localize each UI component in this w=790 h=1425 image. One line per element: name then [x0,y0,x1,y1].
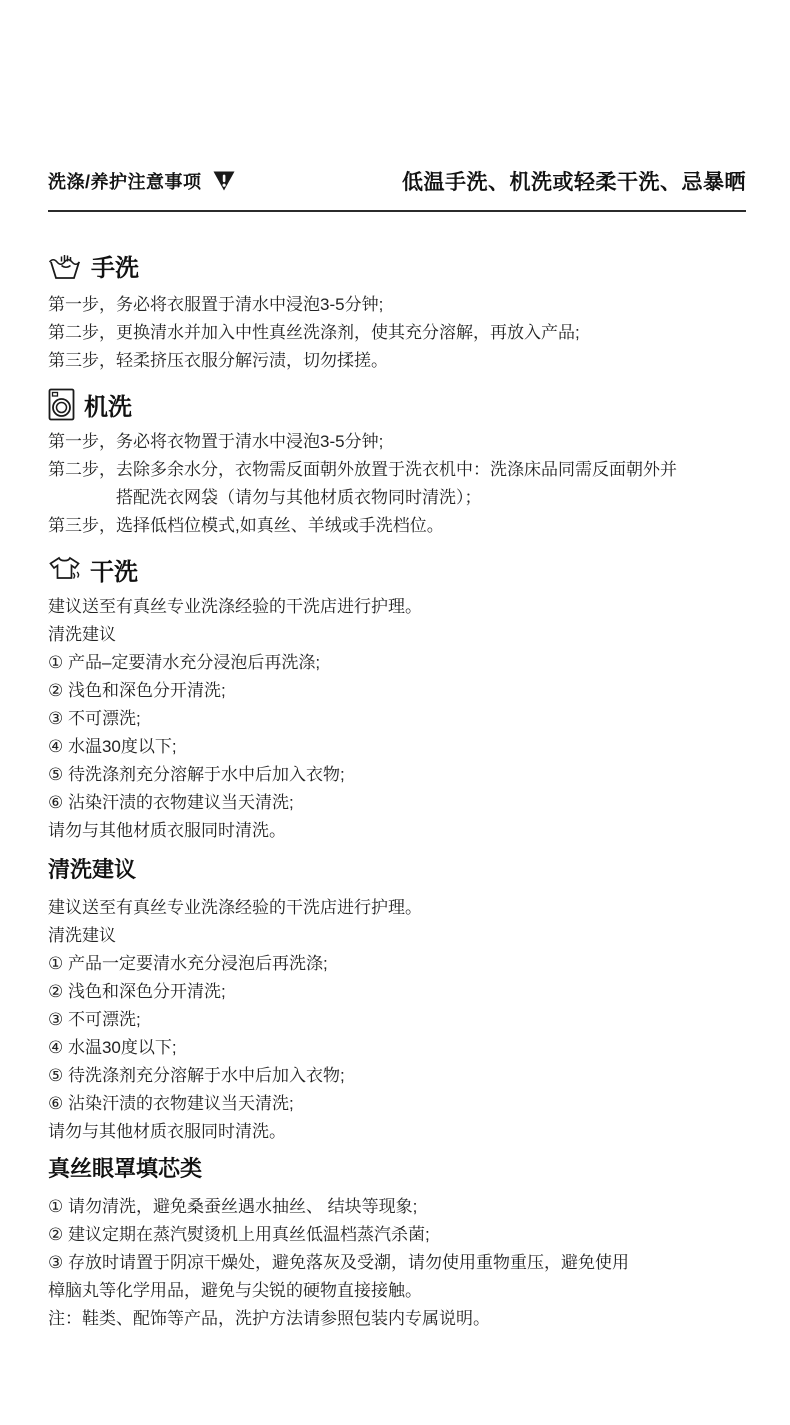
hand-wash-icon [48,251,82,280]
dry-clean-item: ② 浅色和深色分开清洗; [48,677,746,705]
section-title: 手洗 [91,248,139,283]
machine-wash-step-1: 第一步， 务必将衣物置于清水中浸泡3-5分钟; [48,428,746,456]
dry-clean-subtitle: 清洗建议 [48,621,746,649]
warning-triangle-icon [212,170,236,192]
section-machine-wash: 机洗 第一步， 务必将衣物置于清水中浸泡3-5分钟; 第二步， 去除多余水分，衣… [48,387,746,540]
machine-wash-step-2: 第二步， 去除多余水分，衣物需反面朝外放置于洗衣机中：洗涤床品同需反面朝外并 搭… [48,456,746,512]
content-area: 洗涤/养护注意事项 低温手洗、机洗或轻柔干洗、忌暴晒 [48,166,746,1333]
washing-machine-icon [48,388,75,421]
dry-clean-item: ⑥ 沾染汗渍的衣物建议当天清洗; [48,789,746,817]
wash-advice-heading: 清洗建议 [48,853,746,884]
dry-clean-heading: 干洗 [48,552,746,587]
section-silk-eyemask: 真丝眼罩填芯类 ① 请勿清洗，避免桑蚕丝遇水抽丝、 结块等现象; ② 建议定期在… [48,1152,746,1333]
silk-eyemask-item: ② 建议定期在蒸汽熨烫机上用真丝低温档蒸汽杀菌; [48,1221,746,1249]
dry-clean-intro: 建议送至有真丝专业洗涤经验的干洗店进行护理。 [48,593,746,621]
wash-advice-footer: 请勿与其他材质衣服同时清洗。 [48,1118,746,1146]
silk-eyemask-heading: 真丝眼罩填芯类 [48,1152,746,1183]
header-left: 洗涤/养护注意事项 [48,168,236,194]
hand-wash-step-3: 第三步， 轻柔挤压衣服分解污渍，切勿揉搓。 [48,347,746,375]
wash-advice-item: ② 浅色和深色分开清洗; [48,978,746,1006]
dry-clean-item: ⑤ 待洗涤剂充分溶解于水中后加入衣物; [48,761,746,789]
silk-eyemask-note: 注：鞋类、配饰等产品，洗护方法请参照包装内专属说明。 [48,1305,746,1333]
header: 洗涤/养护注意事项 低温手洗、机洗或轻柔干洗、忌暴晒 [48,166,746,212]
machine-wash-step-3: 第三步， 选择低档位模式,如真丝、羊绒或手洗档位。 [48,512,746,540]
silk-eyemask-item: ③ 存放时请置于阴凉干燥处，避免落灰及受潮，请勿使用重物重压，避免使用 [48,1249,746,1277]
wash-advice-item: ③ 不可漂洗; [48,1006,746,1034]
section-title: 干洗 [90,552,138,587]
machine-wash-heading: 机洗 [48,387,746,422]
wash-advice-item: ⑤ 待洗涤剂充分溶解于水中后加入衣物; [48,1062,746,1090]
machine-wash-step-2-text: 去除多余水分，衣物需反面朝外放置于洗衣机中：洗涤床品同需反面朝外并 搭配洗衣网袋… [116,456,746,512]
wash-advice-subtitle: 清洗建议 [48,922,746,950]
section-title: 机洗 [84,387,132,422]
wash-advice-intro: 建议送至有真丝专业洗涤经验的干洗店进行护理。 [48,894,746,922]
hand-wash-step-2: 第二步， 更换清水并加入中性真丝洗涤剂，使其充分溶解，再放入产品; [48,319,746,347]
hand-wash-step-1: 第一步， 务必将衣服置于清水中浸泡3-5分钟; [48,291,746,319]
dry-clean-item: ① 产品–定要清水充分浸泡后再洗涤; [48,649,746,677]
shirt-steam-icon [48,556,81,584]
wash-advice-item: ④ 水温30度以下; [48,1034,746,1062]
wash-advice-item: ⑥ 沾染汗渍的衣物建议当天清洗; [48,1090,746,1118]
wash-advice-item: ① 产品一定要清水充分浸泡后再洗涤; [48,950,746,978]
silk-eyemask-item: ① 请勿清洗，避免桑蚕丝遇水抽丝、 结块等现象; [48,1193,746,1221]
dry-clean-item: ③ 不可漂洗; [48,705,746,733]
section-wash-advice: 清洗建议 建议送至有真丝专业洗涤经验的干洗店进行护理。 清洗建议 ① 产品一定要… [48,853,746,1146]
page-title: 洗涤/养护注意事项 [48,168,202,194]
care-instructions-page: 洗涤/养护注意事项 低温手洗、机洗或轻柔干洗、忌暴晒 [0,0,790,1425]
section-hand-wash: 手洗 第一步， 务必将衣服置于清水中浸泡3-5分钟; 第二步， 更换清水并加入中… [48,248,746,375]
dry-clean-footer: 请勿与其他材质衣服同时清洗。 [48,817,746,845]
hand-wash-heading: 手洗 [48,248,746,283]
section-dry-clean: 干洗 建议送至有真丝专业洗涤经验的干洗店进行护理。 清洗建议 ① 产品–定要清水… [48,552,746,845]
dry-clean-item: ④ 水温30度以下; [48,733,746,761]
silk-eyemask-continuation: 樟脑丸等化学用品，避免与尖锐的硬物直接接触。 [48,1277,746,1305]
care-summary-title: 低温手洗、机洗或轻柔干洗、忌暴晒 [402,166,746,196]
